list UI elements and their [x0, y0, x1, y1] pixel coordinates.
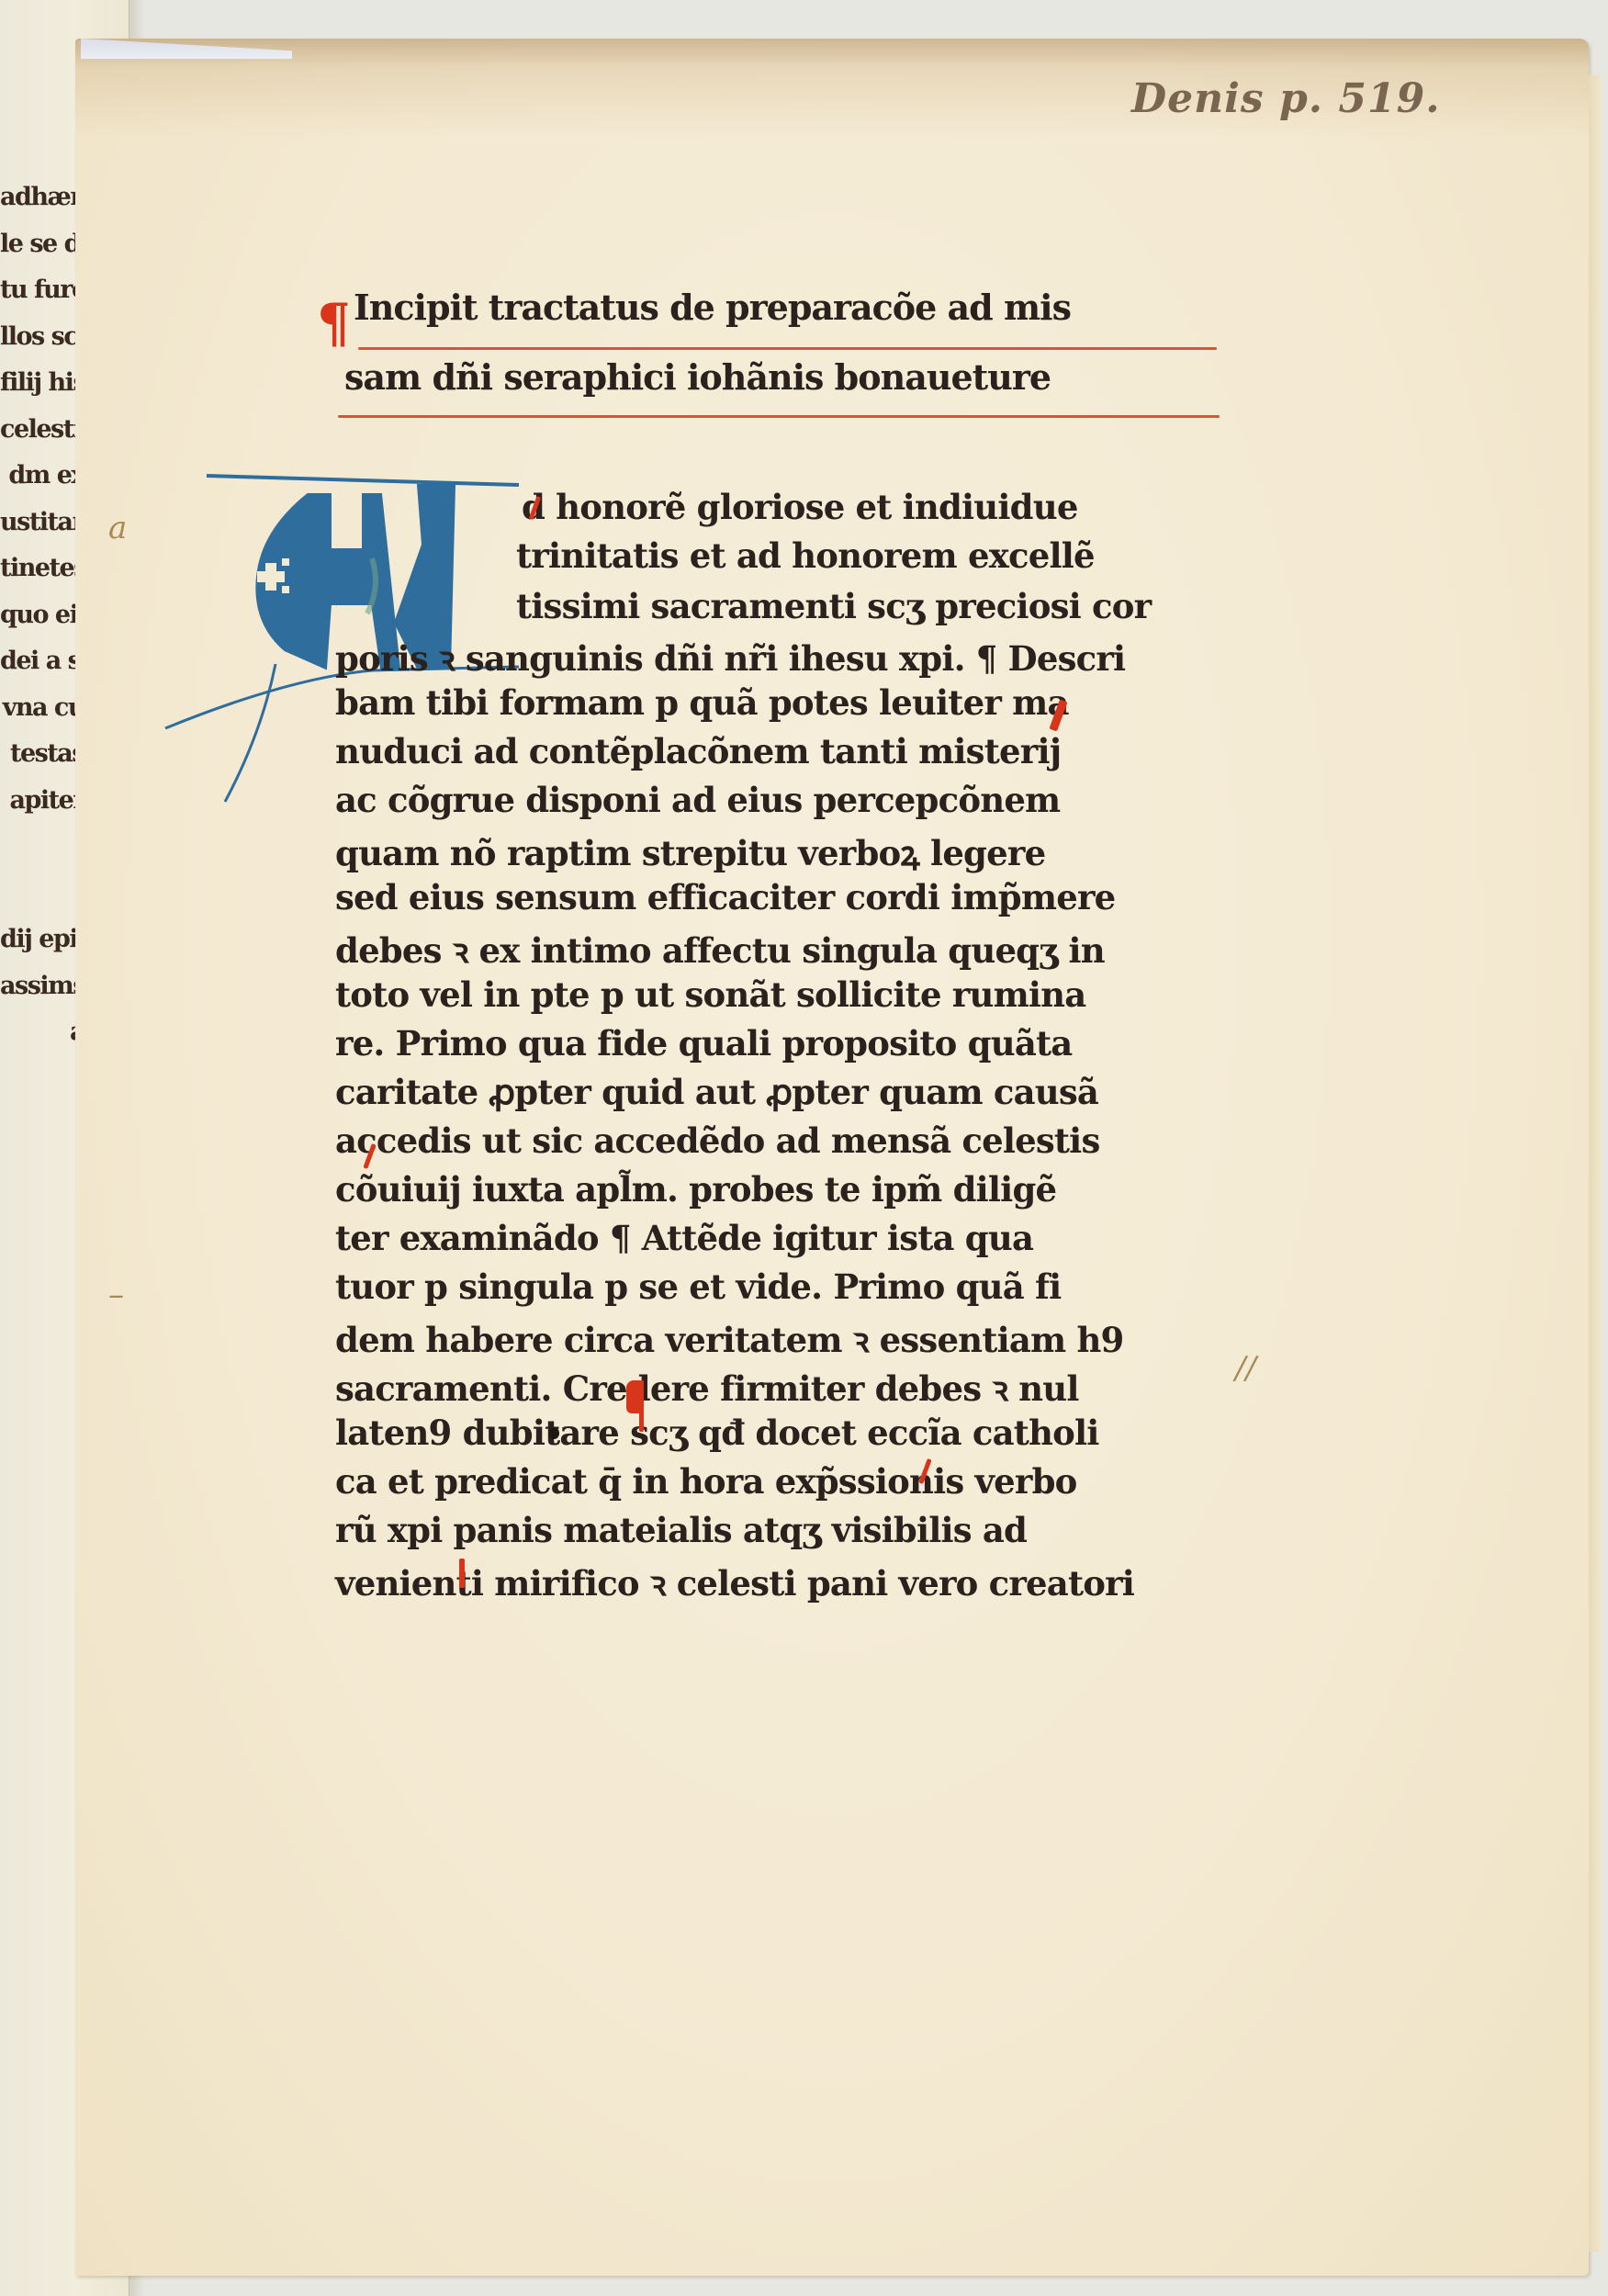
facing-line: [0, 871, 84, 917]
facing-line: vna cu: [0, 685, 84, 732]
body-line: d honorẽ gloriose et indiuidue: [522, 487, 1078, 527]
body-line: poris ꝛ sanguinis dñi nr̃i ihesu xpi. ¶ …: [335, 634, 1125, 681]
facing-line: assimsce: [0, 963, 84, 1010]
facing-line: ustitan: [0, 500, 84, 546]
book-spread: adhæri le se dui tu furo llos scõs filij…: [0, 0, 1608, 2296]
facing-line: le se dui: [0, 221, 84, 268]
body-line: sacramenti. Credere firmiter debes ꝛ nul: [335, 1364, 1079, 1411]
facing-line: dei a sal: [0, 638, 84, 685]
body-line: nuduci ad contẽplacõnem tanti misterij: [335, 731, 1061, 771]
handwritten-annotation: Denis p. 519.: [1131, 75, 1441, 122]
facing-line: llos scõs: [0, 314, 84, 361]
body-line: bam tibi formam p quã potes leuiter ma: [335, 682, 1069, 723]
body-line: dem habere circa veritatem ꝛ essentiam h…: [335, 1315, 1123, 1362]
body-line: re. Primo qua fide quali proposito quãta: [335, 1023, 1072, 1064]
body-line: laten9 dubitare scʒ qđ docet eccĩa catho…: [335, 1412, 1099, 1453]
body-line: trinitatis et ad honorem excellẽ: [516, 535, 1095, 576]
facing-line: filij his: [0, 360, 84, 407]
facing-line: adhæri: [0, 174, 84, 221]
body-line: toto vel in pte p ut sonãt sollicite rum…: [335, 974, 1085, 1015]
body-line: debes ꝛ ex intimo affectu singula queqʒ …: [335, 926, 1105, 973]
body-line: tuor p singula p se et vide. Primo quã f…: [335, 1266, 1061, 1307]
body-line: cõuiuij iuxta apl̃m. probes te ipm̃ dili…: [335, 1169, 1056, 1210]
heading-line-2: sam dñi seraphici iohãnis bonaueture: [344, 356, 1051, 398]
body-line: caritate ꝓpter quid aut ꝓpter quam causã: [335, 1072, 1098, 1112]
rubric-stroke: [459, 1559, 465, 1588]
facing-line: tu furo: [0, 267, 84, 314]
body-line: ca et predicat q̄ in hora exp̃ssionis ve…: [335, 1461, 1077, 1502]
body-line: ter examinãdo ¶ Attẽde igitur ista qua: [335, 1218, 1033, 1258]
body-line: quam nõ raptim strepitu verboꝝ legere: [335, 828, 1045, 875]
pinhole: [549, 1427, 559, 1439]
body-line: venienti mirifico ꝛ celesti pani vero cr…: [335, 1559, 1134, 1605]
margin-mark-a: a: [108, 510, 127, 546]
margin-mark-dash: –: [108, 1277, 124, 1313]
page-fore-edge: [1589, 75, 1602, 2252]
facing-line: [0, 824, 84, 871]
heading-underline-1: [358, 347, 1217, 350]
facing-page-text: adhæri le se dui tu furo llos scõs filij…: [0, 174, 84, 1056]
heading-paragraph-mark: ¶: [317, 292, 350, 355]
heading-underline-2: [338, 415, 1220, 418]
facing-line: quo eipia: [0, 592, 84, 639]
body-line: accedis ut sic accedẽdo ad mensã celesti…: [335, 1120, 1099, 1161]
facing-line: testas: [0, 731, 84, 778]
body-line: rũ xpi panis mateialis atqʒ visibilis ad: [335, 1510, 1027, 1550]
body-line: sed eius sensum efficaciter cordi imp̃me…: [335, 877, 1115, 917]
facing-line: celestia: [0, 407, 84, 454]
facing-line: dm ex: [0, 453, 84, 500]
facing-line: dij epi pa: [0, 917, 84, 963]
facing-line: a: [0, 1009, 84, 1056]
rubric-stroke: [639, 1380, 644, 1432]
facing-line: apiter: [0, 778, 84, 825]
body-line: ac cõgrue disponi ad eius percepcõnem: [335, 780, 1060, 820]
margin-mark-ticks: //: [1235, 1350, 1256, 1387]
heading-line-1: Incipit tractatus de preparacõe ad mis: [354, 287, 1071, 328]
body-line: tissimi sacramenti scʒ preciosi cor: [516, 586, 1151, 626]
facing-line: tinetes: [0, 546, 84, 592]
